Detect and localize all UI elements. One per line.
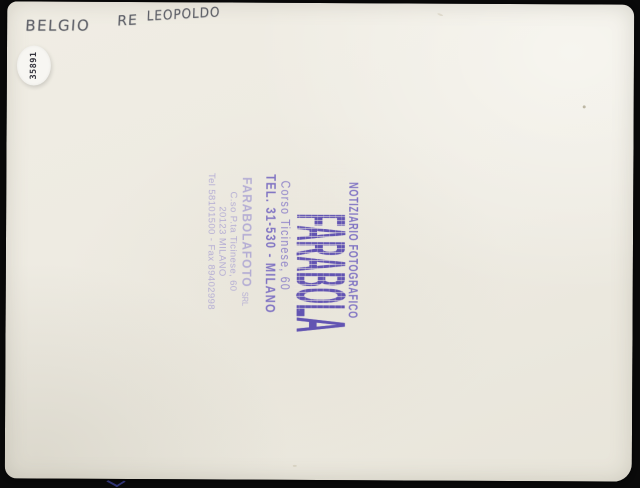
stamp-address: Corso Ticinese, 60 <box>278 174 294 297</box>
stamp2-company-name: FARABOLAFOTO <box>239 177 255 288</box>
stamp2-company: FARABOLAFOTO SRL <box>238 156 254 326</box>
archive-number: 35891 <box>29 51 39 79</box>
stamp2-city: 20123 MILANO <box>216 149 228 334</box>
paper-speck <box>293 465 297 467</box>
farabolafoto-srl-stamp: FARABOLAFOTO SRL C.so P.ta Ticinese, 60 … <box>207 149 254 334</box>
handwritten-caption: BELGIO RE LEOPOLDO <box>25 7 229 36</box>
handwritten-word-belgio: BELGIO <box>25 16 91 34</box>
handwritten-word-re: RE <box>117 12 138 29</box>
paper-fiber <box>437 13 443 17</box>
paper-speck <box>583 105 586 108</box>
stamp-phone-city: TEL. 31-530 - MILANO <box>262 174 279 297</box>
stamp-brand-wrap: FARABOLA <box>294 161 347 311</box>
handwritten-word-leopoldo: LEOPOLDO <box>146 4 220 24</box>
farabola-agency-stamp: NOTIZIARIO FOTOGRAFICO FARABOLA Corso Ti… <box>264 161 361 312</box>
stamp2-company-suffix: SRL <box>240 292 249 306</box>
photo-back-scan: { "photo_back": { "handwriting": { "word… <box>0 0 640 488</box>
archive-number-sticker: 35891 <box>17 45 51 85</box>
stamp-brand-name: FARABOLA <box>296 213 346 258</box>
photo-paper-back: BELGIO RE LEOPOLDO 35891 NOTIZIARIO FOTO… <box>5 1 634 481</box>
stamp2-phone-fax: Tel 58101500 - Fax 89402998 <box>205 149 217 334</box>
